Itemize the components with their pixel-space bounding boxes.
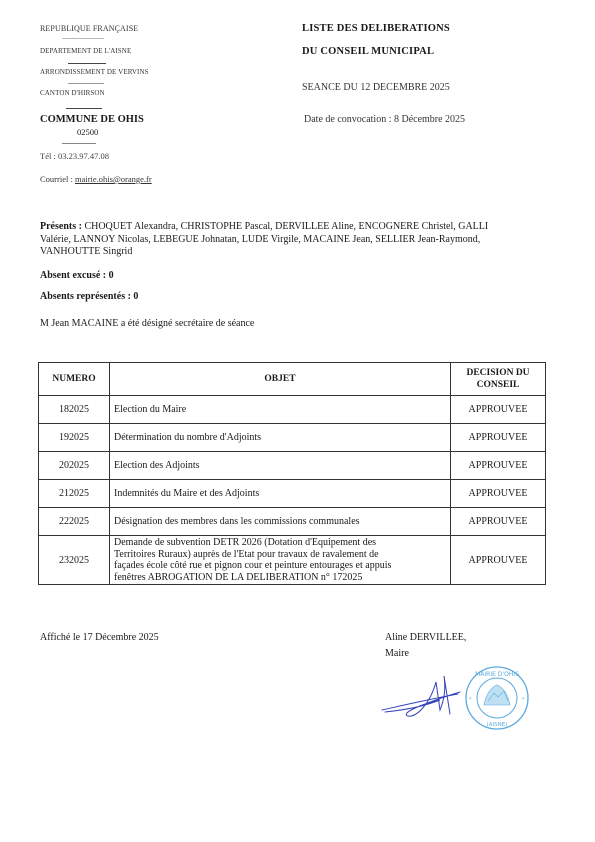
email-label: Courriel : [40,174,75,184]
cell-objet: Election des Adjoints [110,452,451,480]
signatory-name: Aline DERVILLEE, [385,632,466,643]
signature-image [380,670,470,720]
table-row: 182025 Election du Maire APPROUVEE [39,396,546,424]
secretaire-seance: M Jean MACAINE a été désigné secrétaire … [40,318,254,331]
presents-names-1: CHOQUET Alexandra, CHRISTOPHE Pascal, DE… [84,221,488,232]
objet-line: Demande de subvention DETR 2026 (Dotatio… [114,537,446,549]
presents-line-1: Présents : CHOQUET Alexandra, CHRISTOPHE… [40,221,560,234]
arrondissement: ARRONDISSEMENT DE VERVINS [40,68,149,76]
cell-decision: APPROUVEE [451,480,546,508]
cell-objet: Demande de subvention DETR 2026 (Dotatio… [110,536,451,585]
postal-code: 02500 [77,127,98,137]
cell-objet: Indemnités du Maire et des Adjoints [110,480,451,508]
table-row: 232025 Demande de subvention DETR 2026 (… [39,536,546,585]
stamp-top-text: MAIRIE D'OHIS [475,671,519,678]
divider [62,38,104,39]
divider [62,143,96,144]
presents-block: Présents : CHOQUET Alexandra, CHRISTOPHE… [40,221,560,259]
mairie-stamp-icon: MAIRIE D'OHIS (AISNE) * * [464,665,530,731]
cell-objet: Désignation des membres dans les commiss… [110,508,451,536]
cell-numero: 212025 [39,480,110,508]
cell-numero: 202025 [39,452,110,480]
header-decision-line2: CONSEIL [477,380,520,390]
table-header-row: NUMERO OBJET DECISION DU CONSEIL [39,363,546,396]
header-objet: OBJET [110,363,451,396]
header-decision-line1: DECISION DU [466,368,529,378]
cell-numero: 192025 [39,424,110,452]
table-row: 192025 Détermination du nombre d'Adjoint… [39,424,546,452]
convocation-date: Date de convocation : 8 Décembre 2025 [304,114,465,125]
presents-label: Présents : [40,221,82,232]
divider [68,63,106,64]
divider [68,83,104,84]
objet-line: fenêtres ABROGATION DE LA DELIBERATION n… [114,572,446,584]
svg-text:*: * [522,697,525,703]
doc-title-line1: LISTE DES DELIBERATIONS [302,23,450,34]
cell-numero: 182025 [39,396,110,424]
table-row: 212025 Indemnités du Maire et des Adjoin… [39,480,546,508]
divider [66,108,102,109]
doc-title-line2: DU CONSEIL MUNICIPAL [302,46,434,57]
email-line: Courriel : mairie.ohis@orange.fr [40,174,152,184]
table-row: 222025 Désignation des membres dans les … [39,508,546,536]
objet-line: Territoires Ruraux) auprès de l'Etat pou… [114,549,446,561]
cell-decision: APPROUVEE [451,452,546,480]
cell-numero: 232025 [39,536,110,585]
header-decision: DECISION DU CONSEIL [451,363,546,396]
presents-line-3: VANHOUTTE Singrid [40,246,560,259]
table-row: 202025 Election des Adjoints APPROUVEE [39,452,546,480]
seance-date: SEANCE DU 12 DECEMBRE 2025 [302,82,450,93]
stamp-bottom-text: (AISNE) [487,722,508,728]
republique-francaise: REPUBLIQUE FRANÇAISE [40,24,138,33]
cell-decision: APPROUVEE [451,536,546,585]
deliberations-table: NUMERO OBJET DECISION DU CONSEIL 182025 … [38,362,546,585]
cell-decision: APPROUVEE [451,396,546,424]
email-link[interactable]: mairie.ohis@orange.fr [75,174,152,184]
canton: CANTON D'HIRSON [40,89,105,97]
cell-numero: 222025 [39,508,110,536]
departement: DEPARTEMENT DE L'AISNE [40,47,131,55]
absent-excuse: Absent excusé : 0 [40,270,114,283]
absents-representes: Absents représentés : 0 [40,291,138,304]
cell-decision: APPROUVEE [451,424,546,452]
commune-name: COMMUNE DE OHIS [40,114,144,125]
presents-line-2: Valérie, LANNOY Nicolas, LEBEGUE Johnata… [40,234,560,247]
cell-objet: Election du Maire [110,396,451,424]
telephone: Tél : 03.23.97.47.08 [40,151,109,161]
svg-text:*: * [469,697,472,703]
objet-line: façades école côté rue et pignon cour et… [114,560,446,572]
affiche-date: Affiché le 17 Décembre 2025 [40,632,159,643]
cell-objet: Détermination du nombre d'Adjoints [110,424,451,452]
cell-decision: APPROUVEE [451,508,546,536]
header-numero: NUMERO [39,363,110,396]
signatory-role: Maire [385,648,409,659]
